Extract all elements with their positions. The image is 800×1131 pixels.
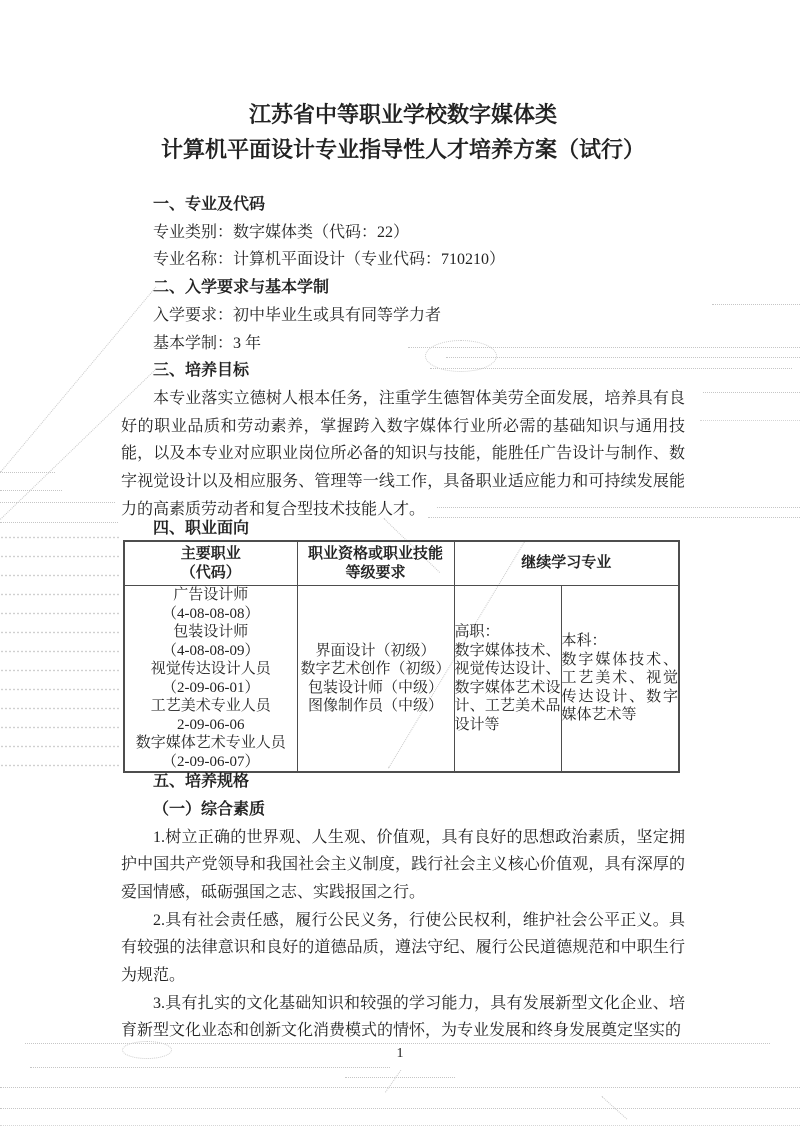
entry-requirement-line: 入学要求：初中毕业生或具有同等学力者 <box>121 302 685 330</box>
scan-artifact-line <box>0 522 118 523</box>
table-cell-undergraduate: 本科： 数字媒体技术、工艺美术、视觉传达设计、数字媒体艺术等 <box>561 586 679 773</box>
scan-artifact-line <box>345 1077 455 1078</box>
section-5-heading: 五、培养规格 <box>121 768 685 796</box>
career-orientation-table: 主要职业 （代码） 职业资格或职业技能 等级要求 继续学习专业 广告设计师 （4… <box>123 540 680 773</box>
scan-artifact-line <box>0 1108 800 1109</box>
quality-item-1: 1.树立正确的世界观、人生观、价值观，具有良好的思想政治素质，坚定拥护中国共产党… <box>121 824 685 907</box>
scan-artifact-line <box>0 1125 800 1126</box>
quality-item-2: 2.具有社会责任感，履行公民义务，行使公民权利，维护社会公平正义。具有较强的法律… <box>121 907 685 990</box>
document-page: 江苏省中等职业学校数字媒体类 计算机平面设计专业指导性人才培养方案（试行） 一、… <box>0 0 800 1131</box>
table-header-row: 主要职业 （代码） 职业资格或职业技能 等级要求 继续学习专业 <box>124 541 679 586</box>
table-header-further-study: 继续学习专业 <box>454 541 679 586</box>
document-content: 江苏省中等职业学校数字媒体类 计算机平面设计专业指导性人才培养方案（试行） 一、… <box>121 0 685 1045</box>
document-title-line-1: 江苏省中等职业学校数字媒体类 <box>121 97 685 132</box>
section-5-sub-heading: （一）综合素质 <box>121 796 685 824</box>
scan-artifact-diagonal <box>385 1070 401 1093</box>
scan-artifact-line <box>712 304 800 305</box>
schooling-length-line: 基本学制：3 年 <box>121 330 685 358</box>
table-header-certificates: 职业资格或职业技能 等级要求 <box>297 541 454 586</box>
section-3-heading: 三、培养目标 <box>121 357 685 385</box>
section-1-heading: 一、专业及代码 <box>121 191 685 219</box>
document-title: 江苏省中等职业学校数字媒体类 计算机平面设计专业指导性人才培养方案（试行） <box>121 97 685 167</box>
table-cell-vocational-college: 高职： 数字媒体技术、视觉传达设计、数字媒体艺术设计、工艺美术品设计等 <box>454 586 561 773</box>
document-title-line-2: 计算机平面设计专业指导性人才培养方案（试行） <box>121 132 685 167</box>
scan-artifact-line <box>700 420 800 421</box>
page-number: 1 <box>0 1046 800 1062</box>
scan-artifact-line <box>703 392 800 393</box>
table-body-row: 广告设计师 （4-08-08-08） 包装设计师 （4-08-08-09） 视觉… <box>124 586 679 773</box>
table-cell-occupations: 广告设计师 （4-08-08-08） 包装设计师 （4-08-08-09） 视觉… <box>124 586 297 773</box>
table-header-main-occupations: 主要职业 （代码） <box>124 541 297 586</box>
scan-artifact-dot-rows <box>0 528 120 768</box>
scan-artifact-line <box>0 1087 800 1088</box>
major-name-line: 专业名称：计算机平面设计（专业代码：710210） <box>121 246 685 274</box>
scan-artifact-line <box>30 1067 390 1068</box>
table-cell-certificates: 界面设计（初级） 数字艺术创作（初级） 包装设计师（中级） 图像制作员（中级） <box>297 586 454 773</box>
training-objective-paragraph: 本专业落实立德树人根本任务，注重学生德智体美劳全面发展，培养具有良好的职业品质和… <box>121 385 685 524</box>
section-2-heading: 二、入学要求与基本学制 <box>121 274 685 302</box>
major-category-line: 专业类别：数字媒体类（代码：22） <box>121 219 685 247</box>
quality-item-3: 3.具有扎实的文化基础知识和较强的学习能力，具有发展新型文化企业、培育新型文化业… <box>121 990 685 1045</box>
